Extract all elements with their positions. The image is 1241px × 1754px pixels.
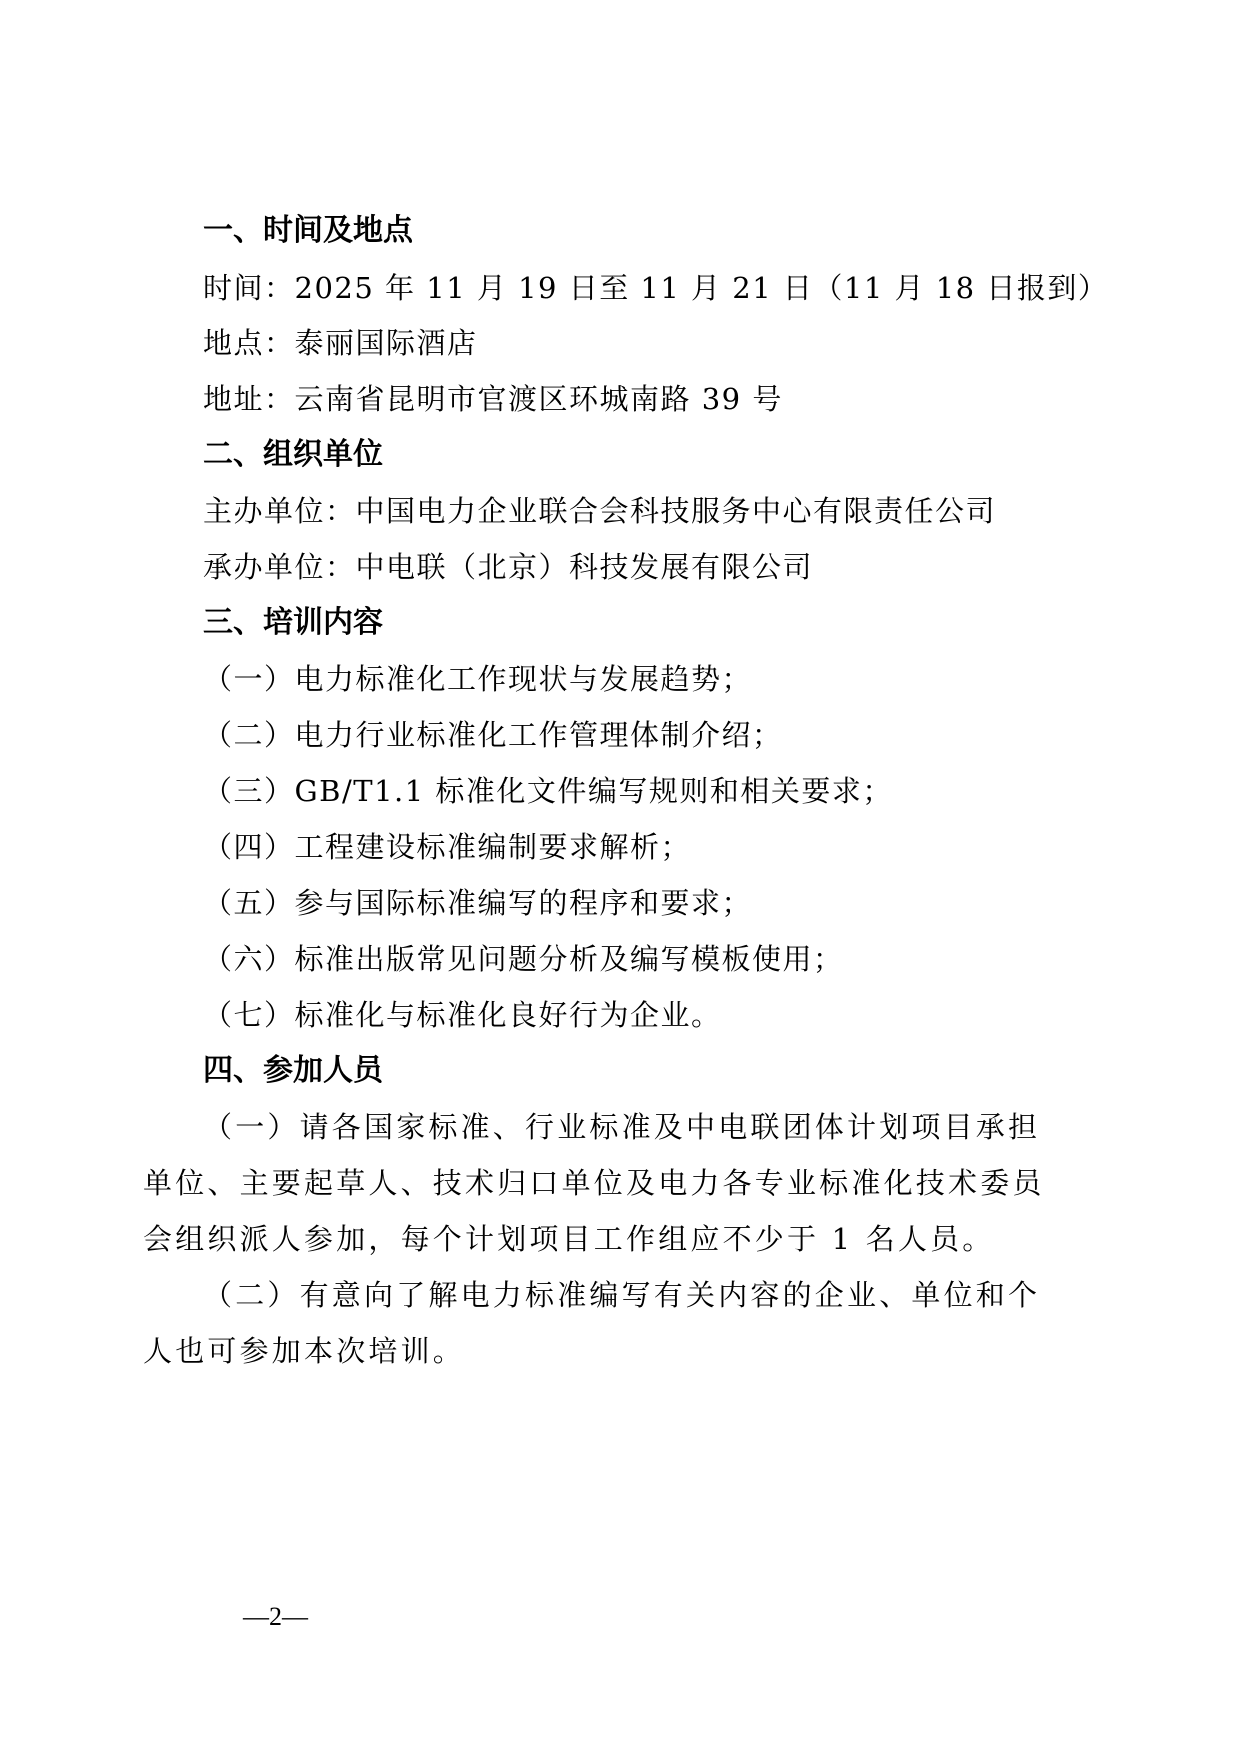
section-heading-participants: 四、参加人员 [203,1054,383,1088]
training-item: （三）GB/T1.1 标准化文件编写规则和相关要求； [203,774,893,808]
participants-paragraph-1-line: （一）请各国家标准、行业标准及中电联团体计划项目承担 [203,1110,1040,1144]
participants-paragraph-2-line: （二）有意向了解电力标准编写有关内容的企业、单位和个 [203,1278,1040,1312]
participants-paragraph-2-line: 人也可参加本次培训。 [143,1334,465,1368]
section-heading-training-content: 三、培训内容 [203,606,383,640]
venue-line: 地点：泰丽国际酒店 [203,326,478,360]
organizer-line: 承办单位：中电联（北京）科技发展有限公司 [203,550,813,584]
training-item: （七）标准化与标准化良好行为企业。 [203,998,722,1032]
training-item: （四）工程建设标准编制要求解析； [203,830,691,864]
training-item: （六）标准出版常见问题分析及编写模板使用； [203,942,844,976]
section-heading-organizers: 二、组织单位 [203,438,383,472]
participants-paragraph-1-line: 会组织派人参加，每个计划项目工作组应不少于 1 名人员。 [143,1222,995,1256]
page-number: —2— [243,1602,308,1632]
address-line: 地址：云南省昆明市官渡区环城南路 39 号 [203,382,783,416]
participants-paragraph-1-line: 单位、主要起草人、技术归口单位及电力各专业标准化技术委员 [143,1166,1045,1200]
training-item: （二）电力行业标准化工作管理体制介绍； [203,718,783,752]
training-item: （五）参与国际标准编写的程序和要求； [203,886,752,920]
section-heading-time-place: 一、时间及地点 [203,214,413,248]
time-line: 时间：2025 年 11 月 19 日至 11 月 21 日（11 月 18 日… [203,271,1108,305]
document-page: 一、时间及地点 时间：2025 年 11 月 19 日至 11 月 21 日（1… [0,0,1241,1754]
training-item: （一）电力标准化工作现状与发展趋势； [203,662,752,696]
host-line: 主办单位：中国电力企业联合会科技服务中心有限责任公司 [203,494,996,528]
